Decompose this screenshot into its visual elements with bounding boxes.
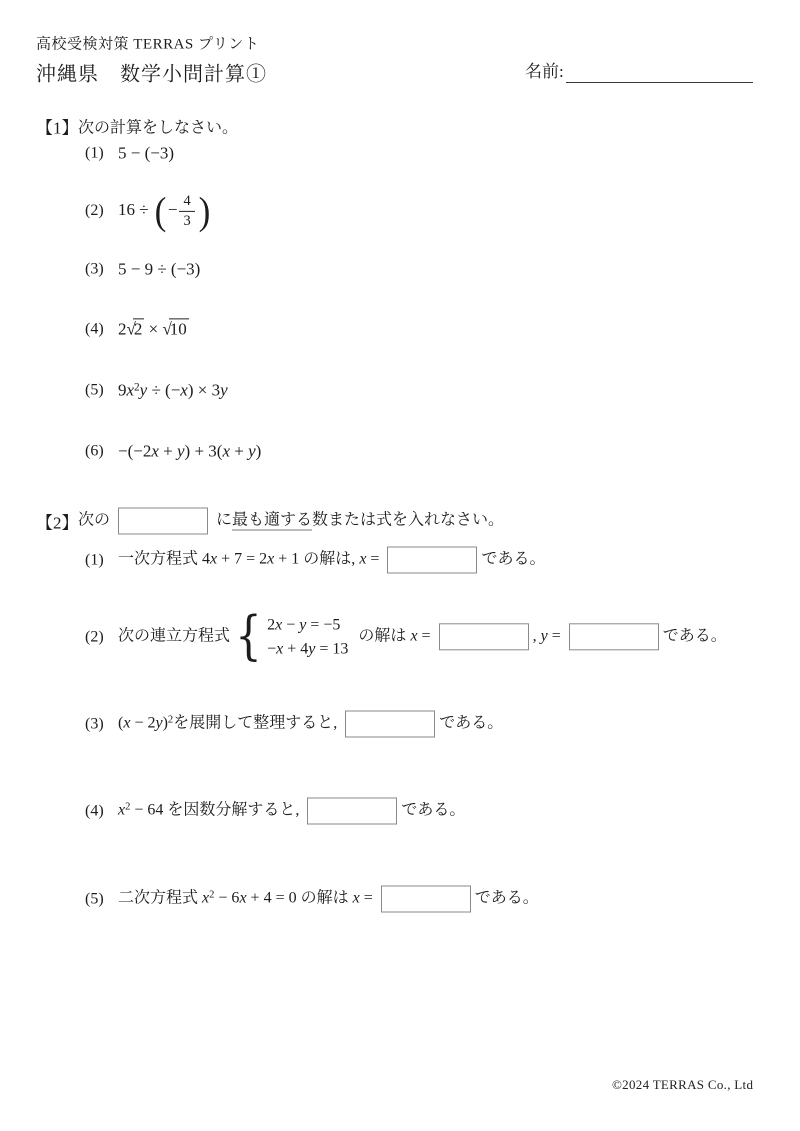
answer-box: [439, 624, 529, 651]
math-variable: y: [155, 715, 162, 732]
math-variable: y: [248, 441, 256, 460]
problem-label: (5): [85, 381, 118, 399]
answer-box: [387, 547, 477, 574]
answer-box: [381, 886, 471, 913]
problem-expression: 16 ÷ (−43): [118, 193, 212, 229]
problem-label: (6): [85, 442, 118, 460]
problem-label: (3): [85, 715, 118, 733]
problem-label: (2): [85, 628, 118, 646]
big-delimiter: (: [154, 193, 166, 228]
problem-label: (5): [85, 890, 118, 908]
system-brace-icon: {: [235, 612, 261, 661]
page-title: 沖縄県 数学小問計算①: [36, 58, 267, 87]
problem-row: (6) −(−2x + y) + 3(x + y): [85, 440, 261, 461]
problem-row: (3) (x − 2y)2を展開して整理すると, である。: [85, 711, 503, 738]
fraction-numerator: 4: [179, 193, 194, 212]
problem-row: (5) 二次方程式 x2 − 6x + 4 = 0 の解は x = である。: [85, 886, 539, 913]
fraction-denominator: 3: [179, 212, 194, 230]
sqrt-radical: √2: [127, 319, 145, 338]
section1-instruction: 次の計算をしなさい。: [78, 115, 238, 138]
radicand: 10: [169, 318, 189, 339]
math-variable: x: [267, 551, 274, 568]
math-exponent: 2: [209, 890, 214, 901]
radicand: 2: [133, 318, 145, 339]
problem-label: (4): [85, 802, 118, 820]
section2-marker: 【2】: [36, 509, 78, 534]
problem-row: (2) 16 ÷ (−43): [85, 193, 212, 229]
section2-heading: 【2】 次の に最も適する数または式を入れなさい。: [36, 508, 504, 535]
problem-expression: 2√2 × √10: [118, 318, 189, 339]
problem-statement: 一次方程式 4x + 7 = 2x + 1 の解は, x = である。: [118, 547, 545, 574]
problem-label: (2): [85, 202, 118, 220]
name-field: 名前:: [525, 59, 753, 83]
math-variable: x: [353, 890, 360, 907]
problem-statement: x2 − 64 を因数分解すると, である。: [118, 798, 465, 825]
math-variable: y: [299, 616, 306, 633]
worksheet-page: 高校受検対策 TERRAS プリント 沖縄県 数学小問計算① 名前: 【1】 次…: [0, 0, 800, 1131]
problem-row: (3) 5 − 9 ÷ (−3): [85, 258, 200, 279]
math-fraction: 43: [179, 193, 194, 229]
problem-expression: 9x2y ÷ (−x) × 3y: [118, 379, 228, 400]
problem-statement: (x − 2y)2を展開して整理すると, である。: [118, 711, 503, 738]
math-variable: x: [151, 441, 159, 460]
math-exponent: 2: [125, 802, 130, 813]
math-variable: y: [140, 380, 148, 399]
math-variable: x: [127, 380, 135, 399]
math-variable: x: [180, 380, 188, 399]
math-variable: x: [359, 551, 366, 568]
answer-box: [345, 711, 435, 738]
problem-row: (1) 5 − (−3): [85, 142, 174, 163]
problem-label: (3): [85, 260, 118, 278]
problem-expression: 5 − 9 ÷ (−3): [118, 258, 200, 279]
problem-label: (1): [85, 551, 118, 569]
answer-box: [569, 624, 659, 651]
math-variable: x: [276, 640, 283, 657]
problem-row: (4) x2 − 64 を因数分解すると, である。: [85, 798, 465, 825]
problem-label: (4): [85, 320, 118, 338]
problem-row: (5) 9x2y ÷ (−x) × 3y: [85, 379, 228, 400]
footer-copyright: ©2024 TERRAS Co., Ltd: [612, 1077, 753, 1093]
problem-row: (2) 次の連立方程式{2x − y = −5−x + 4y = 13 の解は …: [85, 612, 727, 661]
answer-box: [307, 798, 397, 825]
math-variable: x: [222, 441, 230, 460]
equation-line: 2x − y = −5: [267, 615, 348, 635]
sqrt-radical: √10: [162, 319, 188, 338]
problem-label: (1): [85, 144, 118, 162]
math-variable: x: [210, 551, 217, 568]
problem-statement: 二次方程式 x2 − 6x + 4 = 0 の解は x = である。: [118, 886, 539, 913]
math-variable: x: [275, 616, 282, 633]
math-variable: y: [308, 640, 315, 657]
name-label: 名前:: [525, 61, 564, 83]
system-equations: 2x − y = −5−x + 4y = 13: [267, 615, 348, 659]
math-exponent: 2: [134, 381, 140, 393]
problem-row: (1) 一次方程式 4x + 7 = 2x + 1 の解は, x = である。: [85, 547, 545, 574]
math-variable: x: [239, 890, 246, 907]
name-blank-line: [566, 59, 753, 83]
section1-marker: 【1】: [36, 114, 78, 139]
math-variable: y: [177, 441, 185, 460]
underlined-text: 最も適する: [232, 512, 312, 531]
problem-expression: −(−2x + y) + 3(x + y): [118, 440, 261, 461]
section1-heading: 【1】 次の計算をしなさい。: [36, 114, 238, 139]
equation-line: −x + 4y = 13: [267, 639, 348, 659]
math-variable: x: [123, 715, 130, 732]
math-variable: x: [410, 628, 417, 645]
math-variable: y: [220, 380, 228, 399]
big-delimiter: ): [198, 193, 210, 228]
problem-statement: 次の連立方程式{2x − y = −5−x + 4y = 13 の解は x = …: [118, 612, 727, 661]
problem-expression: 5 − (−3): [118, 142, 174, 163]
problem-row: (4) 2√2 × √10: [85, 318, 189, 339]
answer-box: [118, 508, 208, 535]
math-variable: y: [541, 628, 548, 645]
math-exponent: 2: [168, 715, 173, 726]
section2-instruction: 次の に最も適する数または式を入れなさい。: [78, 508, 504, 535]
header-series-title: 高校受検対策 TERRAS プリント: [36, 33, 259, 54]
equation-system: {2x − y = −5−x + 4y = 13: [232, 612, 348, 661]
